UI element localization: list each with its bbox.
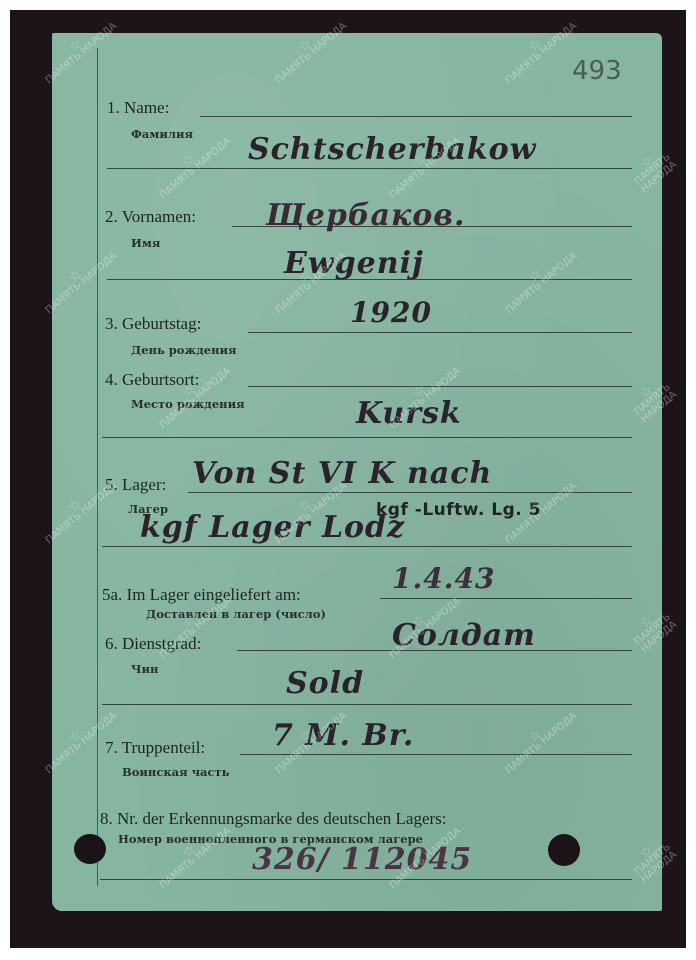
field-5a-label-ru: Доставлен в лагер (число) xyxy=(146,607,326,621)
margin-line xyxy=(97,48,98,886)
field-1-label: 1. Name: xyxy=(107,98,169,118)
field-5-label: 5. Lager: xyxy=(105,475,166,495)
field-7-rule xyxy=(240,754,632,755)
field-5a-value: 1.4.43 xyxy=(392,562,495,595)
field-8-rule xyxy=(100,879,632,880)
field-7-label: 7. Truppenteil: xyxy=(105,738,205,758)
field-4-label-ru: Место рождения xyxy=(131,397,245,411)
field-5-rule xyxy=(188,492,632,493)
field-4-rule-2 xyxy=(102,437,632,438)
field-4-label: 4. Geburtsort: xyxy=(105,370,199,390)
field-6-rule-2 xyxy=(102,704,632,705)
field-1-rule-2 xyxy=(107,168,632,169)
punch-hole-left xyxy=(74,834,106,864)
field-5-value-2: kgf Lager Lodz xyxy=(140,510,405,545)
field-8-label: 8. Nr. der Erkennungsmarke des deutschen… xyxy=(100,809,447,829)
field-4-value: Kursk xyxy=(356,396,462,431)
field-1-rule xyxy=(200,116,632,117)
punch-hole-right xyxy=(548,834,580,866)
field-5a-rule xyxy=(380,598,632,599)
field-3-value: 1920 xyxy=(350,296,432,329)
field-2-value-cyrillic: Щербаков. xyxy=(266,198,465,233)
field-7-value: 7 M. Br. xyxy=(272,718,414,753)
archive-number: 493 xyxy=(572,56,622,86)
field-2-value: Ewgenij xyxy=(284,246,424,281)
field-3-label-ru: День рождения xyxy=(131,343,237,357)
field-2-label-ru: Имя xyxy=(131,236,160,250)
field-1-label-ru: Фамилия xyxy=(131,127,193,141)
field-3-label: 3. Geburtstag: xyxy=(105,314,201,334)
field-8-value: 326/ 112045 xyxy=(252,842,472,877)
field-7-label-ru: Воинская часть xyxy=(122,765,229,779)
field-5-value: Von St VI K nach xyxy=(192,456,492,491)
field-6-label-ru: Чин xyxy=(131,662,158,676)
field-5a-label: 5a. Im Lager eingeliefert am: xyxy=(102,585,301,605)
field-4-rule xyxy=(248,386,632,387)
field-6-label: 6. Dienstgrad: xyxy=(105,634,201,654)
field-6-value: Солдат xyxy=(392,618,536,653)
field-5-rule-2 xyxy=(102,546,632,547)
field-2-label: 2. Vornamen: xyxy=(105,207,196,227)
field-2-rule-2 xyxy=(107,279,632,280)
field-6-value-2: Sold xyxy=(286,666,364,701)
field-3-rule xyxy=(248,332,632,333)
field-1-value: Schtscherbakow xyxy=(248,132,537,167)
